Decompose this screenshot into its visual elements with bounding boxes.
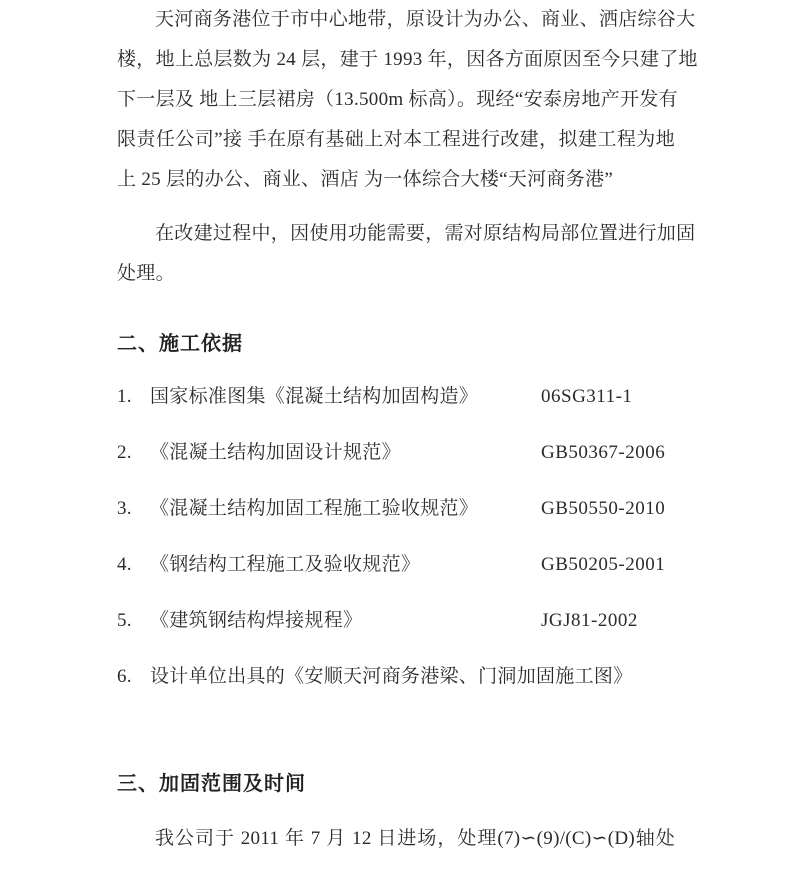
reference-number: 1. (117, 377, 150, 417)
reference-number: 3. (117, 489, 150, 529)
reference-title: 《建筑钢结构焊接规程》 (150, 610, 362, 631)
reference-list: 1.国家标准图集《混凝土结构加固构造》 06SG311-1 2.《混凝土结构加固… (117, 377, 675, 697)
reference-title: 《混凝土结构加固工程施工验收规范》 (150, 498, 478, 519)
reference-item: 3.《混凝土结构加固工程施工验收规范》 GB50550-2010 (117, 489, 675, 529)
reference-number: 4. (117, 545, 150, 585)
reference-code: 06SG311-1 (541, 377, 632, 417)
reference-item: 4.《钢结构工程施工及验收规范》 GB50205-2001 (117, 545, 675, 585)
reference-code: JGJ81-2002 (541, 601, 638, 641)
reference-code: GB50205-2001 (541, 545, 665, 585)
reference-number: 6. (117, 657, 150, 697)
reference-title: 《混凝土结构加固设计规范》 (150, 442, 401, 463)
reference-title: 《钢结构工程施工及验收规范》 (150, 554, 420, 575)
paragraph-line: 天河商务港位于市中心地带，原设计为办公、商业、洒店综谷大 (117, 0, 675, 40)
reference-number: 2. (117, 433, 150, 473)
paragraph-line: 下一层及 地上三层裙房（13.500m 标高）。现经“安泰房地产开发有 (117, 80, 675, 120)
paragraph-line: 我公司于 2011 年 7 月 12 日进场，处理(7)∽(9)/(C)∽(D)… (117, 819, 675, 859)
reference-item: 5.《建筑钢结构焊接规程》 JGJ81-2002 (117, 601, 675, 641)
reference-item: 1.国家标准图集《混凝土结构加固构造》 06SG311-1 (117, 377, 675, 417)
reference-number: 5. (117, 601, 150, 641)
reference-title: 设计单位出具的《安顺天河商务港梁、门洞加固施工图》 (150, 666, 633, 687)
closing-paragraph: 我公司于 2011 年 7 月 12 日进场，处理(7)∽(9)/(C)∽(D)… (117, 819, 675, 859)
reference-item: 6.设计单位出具的《安顺天河商务港梁、门洞加固施工图》 (117, 657, 675, 697)
paragraph-line: 处理。 (117, 254, 675, 294)
reference-item: 2.《混凝土结构加固设计规范》 GB50367-2006 (117, 433, 675, 473)
retrofit-paragraph: 在改建过程中，因使用功能需要，需对原结构局部位置进行加固 处理。 (117, 214, 675, 294)
reference-code: GB50367-2006 (541, 433, 665, 473)
paragraph-line: 限责任公司”接 手在原有基础上对本工程进行改建，拟建工程为地 (117, 120, 675, 160)
paragraph-line: 在改建过程中，因使用功能需要，需对原结构局部位置进行加固 (117, 214, 675, 254)
paragraph-line: 上 25 层的办公、商业、酒店 为一体综合大楼“天河商务港” (117, 160, 675, 200)
reference-title: 国家标准图集《混凝土结构加固构造》 (150, 386, 478, 407)
section-heading-scope-and-time: 三、加固范围及时间 (117, 764, 675, 804)
document-page: 天河商务港位于市中心地带，原设计为办公、商业、洒店综谷大 楼，地上总层数为 24… (0, 0, 789, 871)
section-heading-construction-basis: 二、施工依据 (117, 324, 675, 364)
intro-paragraph: 天河商务港位于市中心地带，原设计为办公、商业、洒店综谷大 楼，地上总层数为 24… (117, 0, 675, 200)
reference-code: GB50550-2010 (541, 489, 665, 529)
paragraph-line: 楼，地上总层数为 24 层，建于 1993 年，因各方面原因至今只建了地 (117, 40, 675, 80)
